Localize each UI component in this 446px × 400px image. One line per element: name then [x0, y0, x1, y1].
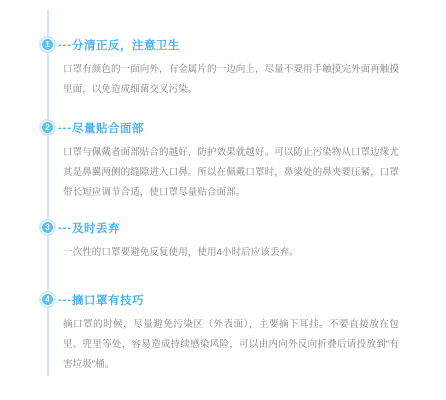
dash-connector: --- [58, 122, 72, 134]
mask-instructions-page: 1 --- 分清正反，注意卫生 口罩有颜色的一面向外，有金属片的一边向上，尽量不… [0, 0, 446, 400]
timeline-step-2: 2 --- 尽量贴合面部 口罩与佩戴者面部贴合的越好，防护效果就越好。可以防止污… [0, 119, 446, 203]
step-number-badge: 2 [39, 119, 56, 136]
step-number: 2 [42, 122, 53, 133]
timeline-step-3: 3 --- 及时丢弃 一次性的口罩要避免反复使用，使用4小时后应该丢弃。 [0, 219, 446, 263]
step-number: 3 [42, 222, 53, 233]
timeline-step-4: 4 --- 摘口罩有技巧 摘口罩的时候，尽量避免污染区（外表面），主要摘下耳挂。… [0, 291, 446, 375]
step-title: 尽量贴合面部 [72, 120, 144, 136]
step-body-text: 摘口罩的时候，尽量避免污染区（外表面），主要摘下耳挂。不要直接放在包里、兜里等处… [63, 315, 399, 375]
step-heading: 4 --- 摘口罩有技巧 [39, 291, 446, 308]
dash-connector: --- [58, 294, 72, 306]
step-heading: 3 --- 及时丢弃 [39, 219, 446, 236]
timeline-step-1: 1 --- 分清正反，注意卫生 口罩有颜色的一面向外，有金属片的一边向上，尽量不… [0, 36, 446, 100]
step-number-badge: 1 [39, 36, 56, 53]
step-body-text: 口罩有颜色的一面向外，有金属片的一边向上，尽量不要用手触摸完外面再触摸里面，以免… [63, 60, 399, 100]
step-heading: 2 --- 尽量贴合面部 [39, 119, 446, 136]
step-title: 及时丢弃 [72, 220, 120, 236]
step-number-badge: 4 [39, 291, 56, 308]
step-number-badge: 3 [39, 219, 56, 236]
step-number: 4 [42, 294, 53, 305]
step-number: 1 [42, 39, 53, 50]
step-heading: 1 --- 分清正反，注意卫生 [39, 36, 446, 53]
step-body-text: 一次性的口罩要避免反复使用，使用4小时后应该丢弃。 [63, 243, 399, 263]
dash-connector: --- [58, 39, 72, 51]
dash-connector: --- [58, 222, 72, 234]
step-title: 摘口罩有技巧 [72, 292, 144, 308]
step-body-text: 口罩与佩戴者面部贴合的越好，防护效果就越好。可以防止污染物从口罩边缘尤其是鼻翼两… [63, 143, 399, 203]
step-title: 分清正反，注意卫生 [72, 37, 180, 53]
